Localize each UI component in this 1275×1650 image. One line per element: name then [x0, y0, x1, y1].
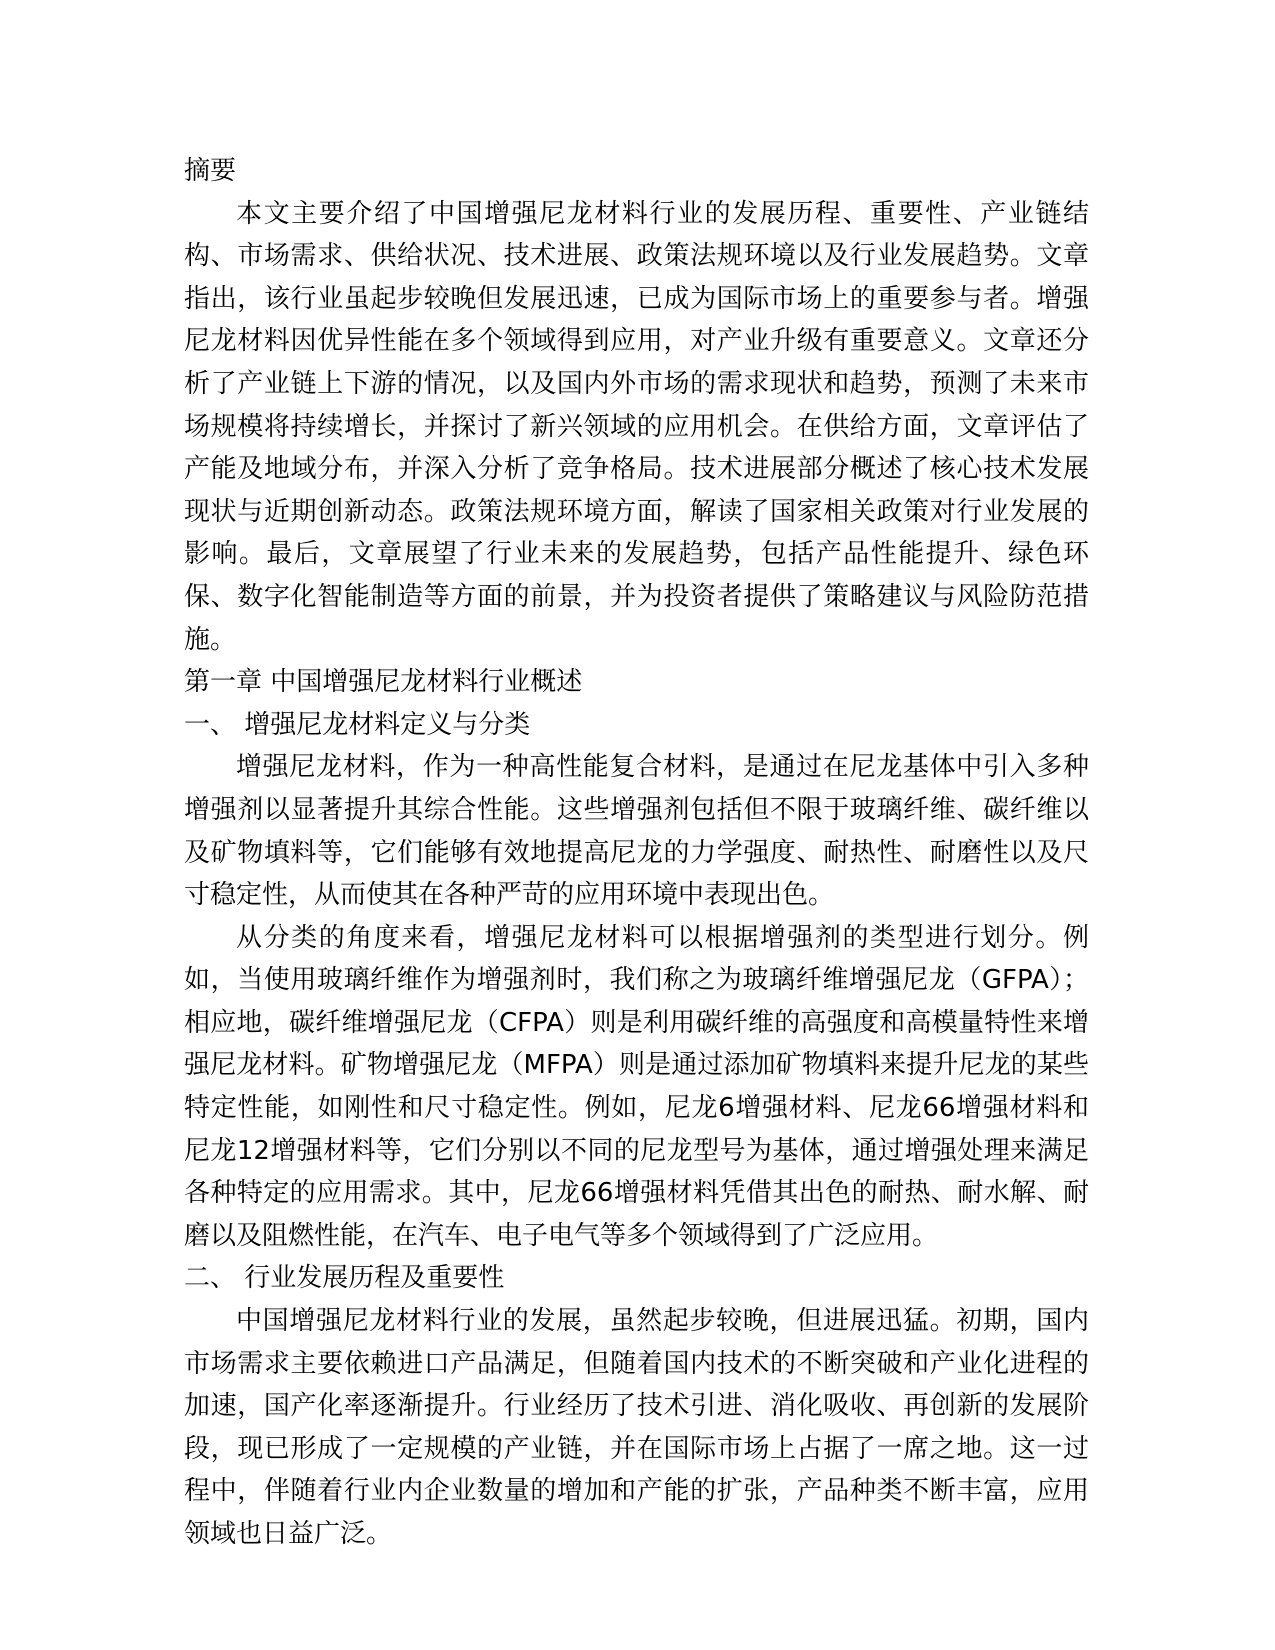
classification-paragraph: 从分类的角度来看，增强尼龙材料可以根据增强剂的类型进行划分。例如，当使用玻璃纤维… — [184, 917, 1089, 1258]
document-page: 摘要 本文主要介绍了中国增强尼龙材料行业的发展历程、重要性、产业链结构、市场需求… — [0, 0, 1275, 1650]
chapter-1-heading: 第一章 中国增强尼龙材料行业概述 — [184, 661, 1089, 704]
section-2-heading: 二、 行业发展历程及重要性 — [184, 1257, 1089, 1300]
abstract-title: 摘要 — [184, 150, 1089, 193]
abstract-paragraph: 本文主要介绍了中国增强尼龙材料行业的发展历程、重要性、产业链结构、市场需求、供给… — [184, 193, 1089, 662]
section-1-heading: 一、 增强尼龙材料定义与分类 — [184, 704, 1089, 747]
history-paragraph: 中国增强尼龙材料行业的发展，虽然起步较晚，但进展迅猛。初期，国内市场需求主要依赖… — [184, 1300, 1089, 1556]
definition-paragraph: 增强尼龙材料，作为一种高性能复合材料，是通过在尼龙基体中引入多种增强剂以显著提升… — [184, 746, 1089, 916]
